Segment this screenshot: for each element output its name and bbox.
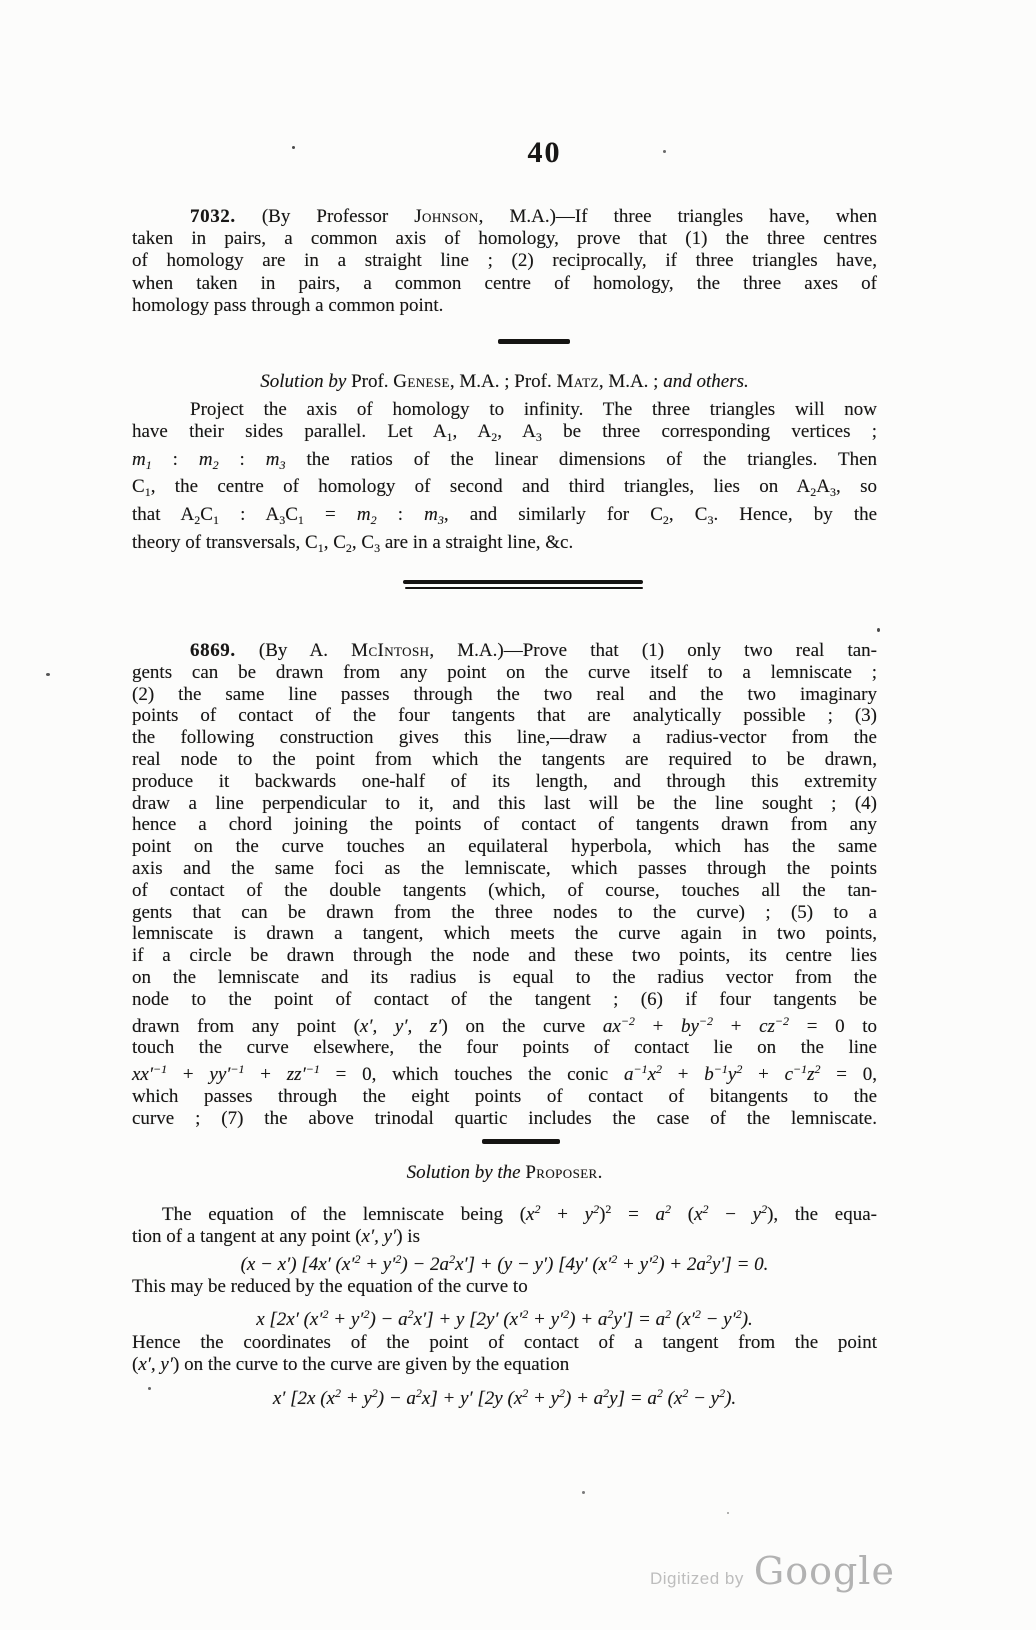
text-line: when taken in pairs, a common centre of … — [132, 273, 877, 295]
text-line: theory of transversals, C1, C2, C3 are i… — [132, 532, 877, 560]
text-run: m — [424, 504, 438, 525]
scan-speck — [148, 1387, 151, 1390]
text-line: gents can be drawn from any point on the… — [132, 662, 877, 684]
text-run: x′, y′ — [362, 1226, 397, 1247]
text-run: : — [152, 449, 199, 470]
problem-7032-statement: 7032. (By Professor Johnson, M.A.)—If th… — [132, 206, 877, 317]
text-line: C1, the centre of homology of second and… — [132, 476, 877, 504]
scan-speck — [727, 1512, 729, 1514]
text-run: y] = a — [609, 1388, 657, 1409]
text-run: and others. — [663, 371, 749, 392]
text-run: theory of transversals, C — [132, 532, 318, 553]
text-run: , M.A.)—If three triangles have, when — [479, 206, 877, 227]
text-run: + — [245, 1064, 287, 1085]
text-run: (x′ — [671, 1309, 695, 1330]
solution-6869-paragraph-2: This may be reduced by the equation of t… — [132, 1276, 877, 1298]
text-run: ) − 2a — [401, 1254, 449, 1275]
text-run: drawn from any point ( — [132, 1016, 360, 1037]
text-run: McIntosh — [351, 640, 429, 661]
text-line: node to the point of contact of the tang… — [132, 989, 877, 1011]
text-run: Solution by — [260, 371, 351, 392]
text-line: have their sides parallel. Let A1, A2, A… — [132, 421, 877, 449]
text-run: tion of a tangent at any point ( — [132, 1226, 362, 1247]
text-run: + y′ — [528, 1309, 563, 1330]
text-run: ), the equa- — [767, 1204, 877, 1225]
scan-speck — [582, 1491, 585, 1494]
text-run: = 0, which touches the conic — [320, 1064, 624, 1085]
text-run: ax — [603, 1016, 621, 1037]
text-run: zz′ — [287, 1064, 306, 1085]
text-run: b — [704, 1064, 714, 1085]
text-line: (2) the same line passes through the two… — [132, 684, 877, 706]
text-run: 6869. — [190, 640, 236, 661]
text-run: Solution by the — [407, 1162, 526, 1183]
text-run: + — [662, 1064, 704, 1085]
text-line: draw a line perpendicular to it, and thi… — [132, 793, 877, 815]
text-line: Project the axis of homology to infinity… — [132, 399, 877, 421]
text-run: C — [200, 504, 213, 525]
text-run: −2 — [775, 1014, 789, 1028]
text-run: : — [219, 449, 266, 470]
text-run: C — [285, 504, 298, 525]
text-line: produce it backwards one-half of its len… — [132, 771, 877, 793]
text-run: cz — [759, 1016, 775, 1037]
text-run: + — [713, 1016, 759, 1037]
text-run: , A — [497, 421, 536, 442]
text-line: m1 : m2 : m3 the ratios of the linear di… — [132, 449, 877, 477]
text-line: gents that can be drawn from the three n… — [132, 902, 877, 924]
text-run: , M.A. ; Prof. — [450, 371, 557, 392]
text-run: + y′ — [360, 1254, 395, 1275]
text-run: (By Professor — [236, 206, 415, 227]
text-run: A — [816, 476, 830, 497]
text-run: −2 — [699, 1014, 713, 1028]
text-run: y — [585, 1204, 593, 1225]
tangent-equation: (x − x′) [4x′ (x′2 + y′2) − 2a2x′] + (y … — [132, 1246, 947, 1278]
text-run: yy′ — [209, 1064, 230, 1085]
text-line: point on the curve touches an equilatera… — [132, 836, 877, 858]
text-run: The equation of the lemniscate being ( — [162, 1204, 526, 1225]
text-run: ) on the curve to the curve are given by… — [173, 1354, 569, 1375]
text-run: m — [266, 449, 280, 470]
text-run: : — [377, 504, 425, 525]
text-line: Hence the coordinates of the point of co… — [132, 1332, 877, 1354]
text-line: touch the curve elsewhere, the four poin… — [132, 1037, 877, 1059]
text-line: drawn from any point (x′, y′, z′) on the… — [132, 1011, 877, 1038]
text-run: C — [132, 476, 145, 497]
contact-point-equation: x′ [2x (x2 + y2) − a2x] + y′ [2y (x2 + y… — [132, 1380, 947, 1412]
text-run: + y′ — [329, 1309, 364, 1330]
text-run: the ratios of the linear dimensions of t… — [286, 449, 878, 470]
text-run: ) + 2a — [658, 1254, 706, 1275]
scan-speck — [663, 150, 666, 153]
text-run: x [2x′ (x′ — [256, 1309, 322, 1330]
text-run: −1 — [793, 1062, 807, 1076]
text-run: c — [785, 1064, 793, 1085]
solution-6869-byline: Solution by the Proposer. — [132, 1161, 877, 1185]
text-run: = 0 to — [789, 1016, 877, 1037]
text-run: , M.A.)—Prove that (1) only two real tan… — [429, 640, 877, 661]
text-run: xx′ — [132, 1064, 153, 1085]
text-run: , A — [453, 421, 492, 442]
text-run: z — [807, 1064, 814, 1085]
text-run: x′] + y [2y′ (x′ — [414, 1309, 523, 1330]
text-run: : A — [219, 504, 279, 525]
text-line: xx′−1 + yy′−1 + zz′−1 = 0, which touches… — [132, 1059, 877, 1086]
text-run: = — [304, 504, 357, 525]
text-run: , M.A. ; — [599, 371, 663, 392]
text-run: ) + a — [569, 1309, 607, 1330]
text-run: −1 — [230, 1062, 244, 1076]
google-logo: Google — [754, 1549, 895, 1593]
text-run: have their sides parallel. Let A — [132, 421, 447, 442]
text-line: This may be reduced by the equation of t… — [132, 1276, 877, 1298]
text-run: −1 — [714, 1062, 728, 1076]
text-run: Johnson — [414, 206, 478, 227]
text-line: of homology are in a straight line ; (2)… — [132, 250, 877, 272]
text-run: 7032. — [190, 206, 236, 227]
text-run: , C — [669, 504, 708, 525]
text-line: lemniscate is drawn a tangent, which mee… — [132, 923, 877, 945]
text-run: x — [648, 1064, 656, 1085]
text-run: x′] + (y − y′) [4y′ (x′ — [455, 1254, 611, 1275]
text-run: x — [694, 1204, 702, 1225]
text-run: m — [132, 449, 146, 470]
digitized-by-label: Digitized by — [650, 1569, 744, 1589]
text-run: . Hence, by the — [713, 504, 877, 525]
google-watermark: Digitized by Google — [650, 1549, 895, 1593]
text-run: are in a straight line, &c. — [380, 532, 573, 553]
text-run: , so — [836, 476, 877, 497]
text-line: tion of a tangent at any point (x′, y′) … — [132, 1226, 877, 1248]
text-run: + y — [341, 1388, 372, 1409]
text-run: , and similarly for C — [444, 504, 663, 525]
text-run: + y — [528, 1388, 559, 1409]
text-line: 7032. (By Professor Johnson, M.A.)—If th… — [132, 206, 877, 228]
text-run: be three corresponding vertices ; — [542, 421, 877, 442]
text-run: x′, y′, z′ — [360, 1016, 442, 1037]
text-run: y′] = a — [613, 1309, 665, 1330]
text-run: , C — [324, 532, 346, 553]
text-line: taken in pairs, a common axis of homolog… — [132, 228, 877, 250]
text-run: −1 — [633, 1062, 647, 1076]
text-run: y — [753, 1204, 761, 1225]
text-line: 6869. (By A. McIntosh, M.A.)—Prove that … — [132, 640, 877, 662]
text-run: Matz — [556, 371, 598, 392]
text-line: axis and the same foci as the lemniscate… — [132, 858, 877, 880]
section-divider-rule — [482, 1139, 560, 1144]
text-run: + — [167, 1064, 209, 1085]
text-run: . — [598, 1162, 603, 1183]
double-rule-bottom — [405, 587, 643, 589]
text-line: homology pass through a common point. — [132, 295, 877, 317]
text-run: m — [199, 449, 213, 470]
section-divider-rule — [498, 339, 570, 344]
text-run: + — [742, 1064, 784, 1085]
text-run: − — [709, 1204, 753, 1225]
text-line: points of contact of the four tangents t… — [132, 705, 877, 727]
text-run: ( — [671, 1204, 694, 1225]
text-line: on the lemniscate and its radius is equa… — [132, 967, 877, 989]
text-run: ) − a — [369, 1309, 407, 1330]
text-run: (x − x′) [4x′ (x′ — [241, 1254, 355, 1275]
text-line: which passes through the eight points of… — [132, 1086, 877, 1108]
text-line: that A2C1 : A3C1 = m2 : m3, and similarl… — [132, 504, 877, 532]
text-run: ) on the curve — [441, 1016, 602, 1037]
page-number: 40 — [132, 138, 917, 168]
problem-6869-statement: 6869. (By A. McIntosh, M.A.)—Prove that … — [132, 640, 877, 1130]
text-run: ) + a — [565, 1388, 603, 1409]
solution-6869-paragraph-3: Hence the coordinates of the point of co… — [132, 1332, 877, 1376]
text-run: + — [540, 1204, 584, 1225]
text-run: ) is — [396, 1226, 420, 1247]
text-run: Prof. — [351, 371, 393, 392]
text-line: (x′, y′) on the curve to the curve are g… — [132, 1354, 877, 1376]
scanned-book-page: 40 7032. (By Professor Johnson, M.A.)—If… — [0, 0, 1036, 1630]
text-run: that A — [132, 504, 194, 525]
text-line: of contact of the double tangents (which… — [132, 880, 877, 902]
text-run: ) − a — [378, 1388, 416, 1409]
scan-speck — [877, 628, 880, 632]
text-run: , the centre of homology of second and t… — [151, 476, 811, 497]
text-run: −1 — [306, 1062, 320, 1076]
reduced-equation: x [2x′ (x′2 + y′2) − a2x′] + y [2y′ (x′2… — [132, 1301, 947, 1333]
text-run: ). — [742, 1309, 753, 1330]
text-run: (By A. — [236, 640, 351, 661]
text-line: if a circle be drawn through the node an… — [132, 945, 877, 967]
text-run: − y — [688, 1388, 719, 1409]
scan-speck — [46, 673, 50, 676]
text-run: x] + y′ [2y (x — [422, 1388, 522, 1409]
text-run: −2 — [621, 1014, 635, 1028]
text-run: x′ [2x (x — [273, 1388, 335, 1409]
solution-7032-byline: Solution by Prof. Genese, M.A. ; Prof. M… — [132, 370, 877, 394]
text-line: The equation of the lemniscate being (x2… — [132, 1198, 877, 1226]
text-run: = 0, — [821, 1064, 878, 1085]
text-run: , C — [352, 532, 374, 553]
text-run: − y′ — [701, 1309, 736, 1330]
double-rule-top — [403, 580, 643, 584]
solution-6869-paragraph-1: The equation of the lemniscate being (x2… — [132, 1198, 877, 1248]
text-run: a — [656, 1204, 666, 1225]
solution-7032-paragraph: Project the axis of homology to infinity… — [132, 399, 877, 560]
text-run: (x — [663, 1388, 683, 1409]
text-run: −1 — [153, 1062, 167, 1076]
text-run: by — [681, 1016, 699, 1037]
text-run: Genese — [393, 371, 450, 392]
text-line: curve ; (7) the above trinodal quartic i… — [132, 1108, 877, 1130]
text-line: real node to the point from which the ta… — [132, 749, 877, 771]
scan-speck — [292, 146, 295, 149]
text-run: Proposer — [525, 1162, 597, 1183]
text-run: y′] = 0. — [712, 1254, 769, 1275]
text-line: the following construction gives this li… — [132, 727, 877, 749]
text-run: ). — [725, 1388, 736, 1409]
text-run: x′, y′ — [138, 1354, 173, 1375]
text-run: = — [611, 1204, 655, 1225]
text-line: hence a chord joining the points of cont… — [132, 814, 877, 836]
text-run: + y′ — [617, 1254, 652, 1275]
text-run: + — [635, 1016, 681, 1037]
text-run: m — [357, 504, 371, 525]
